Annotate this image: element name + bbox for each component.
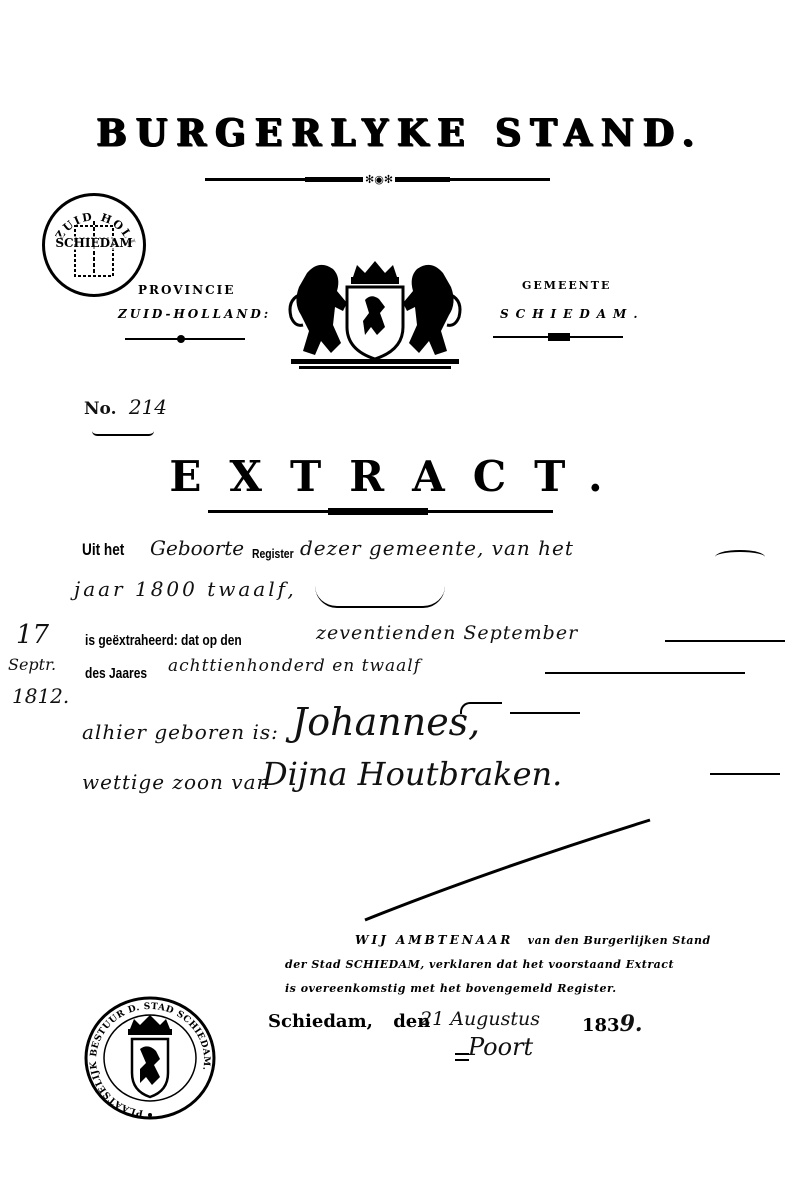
signature: Poort xyxy=(468,1033,533,1061)
margin-note-year: 1812. xyxy=(12,684,69,708)
seal-stamp-icon: ZUID HOLLAND SCHIEDAM xyxy=(42,193,146,297)
year-printed-digits: 183 xyxy=(582,1015,620,1036)
province-name: ZUID-HOLLAND: xyxy=(118,307,271,321)
margin-note-month: Septr. xyxy=(8,655,56,674)
number-label: No. xyxy=(84,399,117,419)
year-printed: 1839. xyxy=(582,1011,643,1037)
body-line4-printed: des Jaares xyxy=(85,665,147,682)
number-value: 214 xyxy=(129,395,167,419)
municipality-name: SCHIEDAM. xyxy=(500,307,645,321)
province-label: PROVINCIE xyxy=(138,283,235,297)
body-line1-flourish xyxy=(715,550,765,564)
extract-title: EXTRACT. xyxy=(0,452,800,501)
declaration-line1: WIJ AMBTENAAR van den Burgerlijken Stand xyxy=(355,933,711,947)
body-line3-dash xyxy=(665,640,785,642)
body-line6-dash xyxy=(710,773,780,775)
body-line4-hand: achttienhonderd en twaalf xyxy=(168,656,421,676)
declaration-rest: van den Burgerlijken Stand xyxy=(528,934,711,947)
margin-note-day: 17 xyxy=(16,620,49,650)
date-hand: 21 Augustus xyxy=(420,1008,540,1030)
closing-stroke xyxy=(360,800,660,940)
body-line2-flourish xyxy=(315,586,445,608)
signature-underline xyxy=(455,1053,469,1061)
body-line5-flourish xyxy=(460,702,502,714)
body-line1-hand-b: dezer gemeente, van het xyxy=(300,536,574,560)
coat-of-arms-lions-icon xyxy=(285,255,465,375)
body-line1-hand-a: Geboorte xyxy=(150,536,244,560)
body-line2-hand: jaar 1800 twaalf, xyxy=(74,577,297,601)
body-line5-hand-b: Johannes, xyxy=(292,700,480,744)
body-line4-dash xyxy=(545,672,745,674)
body-line6-hand-a: wettige zoon van xyxy=(82,770,270,794)
body-line1-printed-b: Register xyxy=(252,546,294,561)
place-name: Schiedam, xyxy=(268,1011,373,1032)
declaration-caps: WIJ AMBTENAAR xyxy=(355,933,513,947)
declaration-line3: is overeenkomstig met het bovengemeld Re… xyxy=(285,982,617,995)
body-line6-hand-b: Dijna Houtbraken. xyxy=(262,755,562,793)
province-ornament xyxy=(125,335,245,343)
number-underline xyxy=(92,431,154,436)
document-title: BURGERLYKE STAND. xyxy=(0,111,800,155)
title-ornament: ✻◉✻ xyxy=(205,174,550,188)
year-hand-digit: 9. xyxy=(620,1011,643,1037)
extract-ornament xyxy=(208,508,553,516)
body-line5-dash xyxy=(510,712,580,714)
body-line1-printed-a: Uit het xyxy=(82,540,124,560)
declaration-line2: der Stad SCHIEDAM, verklaren dat het voo… xyxy=(285,958,674,971)
body-line3-printed: is geëxtraheerd: dat op den xyxy=(85,632,242,649)
stamp-center-text: SCHIEDAM xyxy=(49,236,139,250)
body-line5-hand-a: alhier geboren is: xyxy=(82,720,279,744)
place-date: Schiedam, den xyxy=(268,1011,430,1032)
register-number: No. 214 xyxy=(84,395,167,419)
body-line3-hand: zeventienden September xyxy=(316,622,578,644)
municipality-ornament xyxy=(493,333,623,341)
municipality-label: GEMEENTE xyxy=(522,279,611,292)
city-seal-stamp-icon: PLAATSELIJK BESTUUR D. STAD SCHIEDAM. xyxy=(80,993,220,1123)
